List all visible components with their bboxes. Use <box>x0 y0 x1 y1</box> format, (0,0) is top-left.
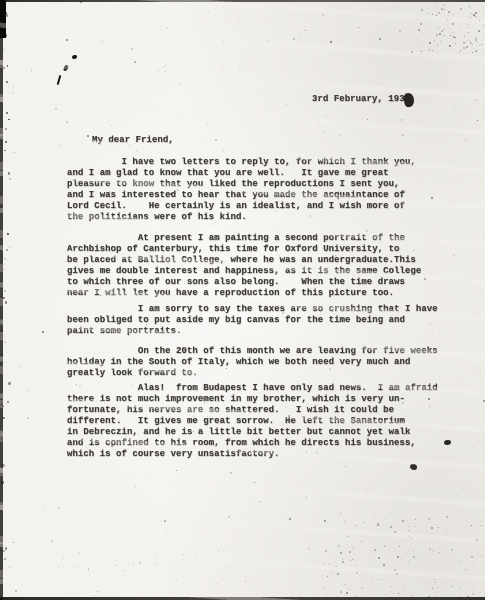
scanned-letter-page: 3rd February, 1933 My dear Friend, I hav… <box>0 0 485 600</box>
scan-noise-speckles <box>0 0 485 600</box>
scan-edge-left-corner <box>0 0 6 38</box>
pen-mark-comma <box>63 65 69 72</box>
date-line: 3rd February, 1933 <box>312 94 410 105</box>
scan-edge-left <box>0 0 3 600</box>
pen-mark-dot <box>72 55 77 59</box>
paragraph-3: I am sorry to say the taxes are so crush… <box>67 304 438 337</box>
ink-blot <box>410 464 417 470</box>
paragraph-5: Alas! from Budapest I have only sad news… <box>67 383 438 460</box>
ink-blot <box>444 440 451 445</box>
paragraph-1: I have two letters to reply to, for whic… <box>67 157 416 223</box>
scan-edge-top <box>0 0 485 2</box>
salutation: My dear Friend, <box>92 135 174 146</box>
pen-mark-stroke <box>57 75 62 85</box>
paragraph-4: On the 20th of this month we are leaving… <box>67 346 438 379</box>
scan-fade-overlay <box>0 0 485 600</box>
paragraph-2: At present I am painting a second portra… <box>67 233 421 299</box>
